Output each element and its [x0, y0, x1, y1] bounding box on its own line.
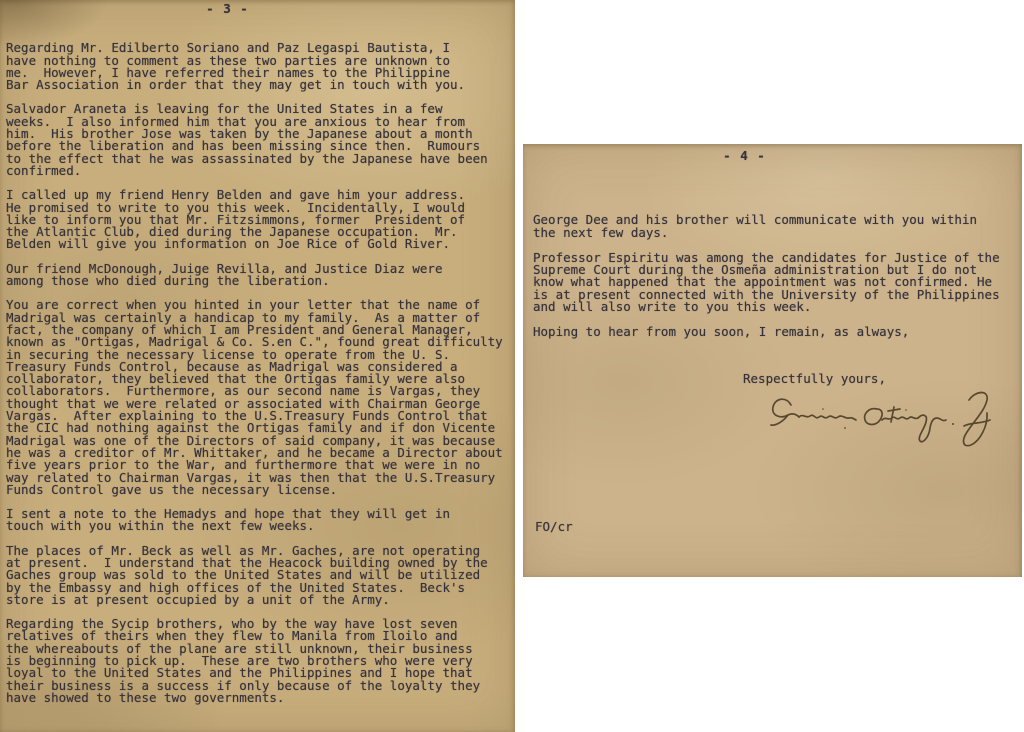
letter-paragraph: Regarding Mr. Edilberto Soriano and Paz … [6, 42, 507, 91]
closing-line: Hoping to hear from you soon, I remain, … [533, 326, 1014, 338]
scan-background: { "colors": { "paper-left": "#c8ae7d", "… [0, 0, 1024, 732]
letter-body: Regarding Mr. Edilberto Soriano and Paz … [0, 42, 515, 704]
letter-paragraph: Regarding the Sycip brothers, who by the… [6, 618, 507, 704]
letter-paragraph: The places of Mr. Beck as well as Mr. Ga… [6, 545, 507, 606]
letter-paragraph: I sent a note to the Hemadys and hope th… [6, 508, 507, 533]
letter-paragraph: Salvador Araneta is leaving for the Unit… [6, 103, 507, 177]
letter-paragraph: Our friend McDonough, Juige Revilla, and… [6, 263, 507, 288]
letter-page-3: - 3 - Regarding Mr. Edilberto Soriano an… [0, 0, 515, 732]
page-number: - 4 - [495, 150, 994, 162]
letter-paragraph: George Dee and his brother will communic… [533, 214, 1014, 239]
letter-paragraph: I called up my friend Henry Belden and g… [6, 189, 507, 250]
signature-handwriting [761, 382, 1017, 456]
letter-body: George Dee and his brother will communic… [523, 214, 1022, 385]
typist-initials: FO/cr [535, 521, 573, 533]
letter-paragraph: You are correct when you hinted in your … [6, 299, 507, 496]
letter-paragraph: Professor Espiritu was among the candida… [533, 252, 1014, 313]
letter-page-4: - 4 - George Dee and his brother will co… [523, 144, 1022, 577]
page-number: - 3 - [0, 3, 485, 15]
